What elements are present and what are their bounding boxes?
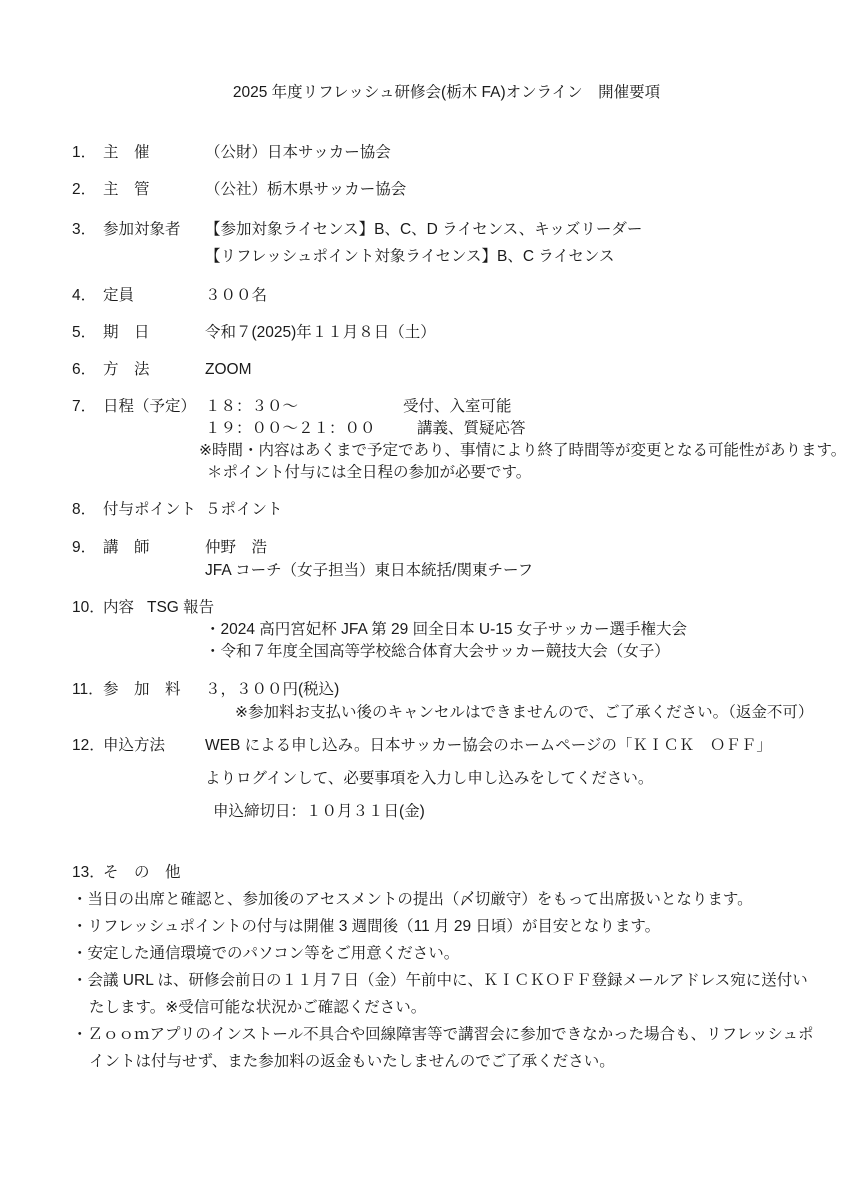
schedule-desc: 講義、質疑応答 xyxy=(417,418,526,440)
item-application: 12． 申込方法 WEB による申し込み。日本サッカー協会のホームページの「ＫＩ… xyxy=(72,729,821,828)
item-value: （公社）栃木県サッカー協会 xyxy=(205,179,821,201)
item-value: TSG 報告 xyxy=(147,597,821,619)
application-deadline: 申込締切日：１０月３１日(金) xyxy=(213,795,821,828)
item-number: 3． xyxy=(72,216,103,243)
item-label: 参加対象者 xyxy=(103,216,205,243)
other-note: ・当日の出席と確認と、参加後のアセスメントの提出（〆切厳守）をもって出席扱いとな… xyxy=(72,886,821,913)
item-label: 付与ポイント xyxy=(103,499,205,521)
content-bullet: ・2024 高円宮妃杯 JFA 第 29 回全日本 U-15 女子サッカー選手権… xyxy=(205,619,821,641)
item-label: 方 法 xyxy=(103,359,205,381)
item-organizer: 1． 主 催 （公財）日本サッカー協会 xyxy=(72,142,821,164)
item-label: 日程（予定） xyxy=(103,396,205,418)
other-notes-list: ・当日の出席と確認と、参加後のアセスメントの提出（〆切厳守）をもって出席扱いとな… xyxy=(72,886,821,1075)
schedule-desc: 受付、入室可能 xyxy=(403,396,512,418)
content-bullet: ・令和７年度全国高等学校総合体育大会サッカー競技大会（女子） xyxy=(205,641,821,663)
item-fee: 11． 参 加 料 ３，３００円(税込) ※参加料お支払い後のキャンセルはできま… xyxy=(72,678,821,724)
lecturer-title: JFA コーチ（女子担当）東日本統括/関東チーフ xyxy=(205,559,821,582)
item-value: ５ポイント xyxy=(205,499,821,521)
item-other: 13． そ の 他 ・当日の出席と確認と、参加後のアセスメントの提出（〆切厳守）… xyxy=(72,862,821,1075)
item-label: 主 催 xyxy=(103,142,205,164)
item-number: 2． xyxy=(72,179,103,201)
item-number: 13． xyxy=(72,862,103,884)
other-note: ・会議 URL は、研修会前日の１１月７日（金）午前中に、ＫＩＣＫＯＦＦ登録メー… xyxy=(72,967,821,1021)
other-note: ・Ｚｏｏｍアプリのインストール不具合や回線障害等で講習会に参加できなかった場合も… xyxy=(72,1021,821,1075)
item-value-line2: 【リフレッシュポイント対象ライセンス】B、C ライセンス xyxy=(205,243,821,270)
item-date: 5． 期 日 令和７(2025)年１１月８日（土） xyxy=(72,322,821,344)
item-content: 10． 内容 TSG 報告 ・2024 高円宮妃杯 JFA 第 29 回全日本 … xyxy=(72,597,821,663)
schedule-note: ※時間・内容はあくまで予定であり、事情により終了時間等が変更となる可能性がありま… xyxy=(199,440,821,462)
item-number: 4． xyxy=(72,285,103,307)
schedule-note: ＊ポイント付与には全日程の参加が必要です。 xyxy=(207,462,821,484)
document-page: 2025 年度リフレッシュ研修会(栃木 FA)オンライン 開催要項 1． 主 催… xyxy=(0,0,849,1200)
item-value: ３００名 xyxy=(205,285,821,307)
item-number: 6． xyxy=(72,359,103,381)
item-label: 講 師 xyxy=(103,536,205,559)
item-label: 期 日 xyxy=(103,322,205,344)
item-schedule: 7． 日程（予定） １８：３０～ 受付、入室可能 １９：００～２１：００ 講義、… xyxy=(72,396,821,484)
item-number: 5． xyxy=(72,322,103,344)
item-capacity: 4． 定員 ３００名 xyxy=(72,285,821,307)
other-note: ・安定した通信環境でのパソコン等をご用意ください。 xyxy=(72,940,821,967)
item-eligible-participants: 3． 参加対象者 【参加対象ライセンス】B、C、D ライセンス、キッズリーダー … xyxy=(72,216,821,270)
item-number: 11． xyxy=(72,678,103,701)
item-value: 【参加対象ライセンス】B、C、D ライセンス、キッズリーダー xyxy=(205,216,821,243)
lecturer-name: 仲野 浩 xyxy=(205,536,821,559)
item-label: 主 管 xyxy=(103,179,205,201)
item-number: 1． xyxy=(72,142,103,164)
item-number: 10． xyxy=(72,597,103,619)
item-label: 参 加 料 xyxy=(103,678,205,701)
item-label: 申込方法 xyxy=(103,729,205,762)
item-value: ３，３００円(税込) xyxy=(205,678,821,701)
item-value: 令和７(2025)年１１月８日（土） xyxy=(205,322,821,344)
item-points: 8． 付与ポイント ５ポイント xyxy=(72,499,821,521)
page-title: 2025 年度リフレッシュ研修会(栃木 FA)オンライン 開催要項 xyxy=(72,82,821,104)
item-number: 12． xyxy=(72,729,103,762)
item-label: 定員 xyxy=(103,285,205,307)
item-number: 9． xyxy=(72,536,103,559)
item-label: そ の 他 xyxy=(103,862,205,884)
other-note: ・リフレッシュポイントの付与は開催 3 週間後（11 月 29 日頃）が目安とな… xyxy=(72,913,821,940)
item-number: 8． xyxy=(72,499,103,521)
application-line: よりログインして、必要事項を入力し申し込みをしてください。 xyxy=(205,762,821,795)
schedule-time: １９：００～２１：００ xyxy=(205,418,417,440)
item-number: 7． xyxy=(72,396,103,418)
item-value: ZOOM xyxy=(205,359,821,381)
item-label: 内容 xyxy=(103,597,147,619)
item-method: 6． 方 法 ZOOM xyxy=(72,359,821,381)
item-value: （公財）日本サッカー協会 xyxy=(205,142,821,164)
item-lecturer: 9． 講 師 仲野 浩 JFA コーチ（女子担当）東日本統括/関東チーフ xyxy=(72,536,821,582)
item-host: 2． 主 管 （公社）栃木県サッカー協会 xyxy=(72,179,821,201)
fee-note: ※参加料お支払い後のキャンセルはできませんので、ご了承ください。（返金不可） xyxy=(235,701,821,724)
application-line: WEB による申し込み。日本サッカー協会のホームページの「ＫＩＣＫ ＯＦＦ」 xyxy=(205,729,821,762)
schedule-time: １８：３０～ xyxy=(205,396,403,418)
